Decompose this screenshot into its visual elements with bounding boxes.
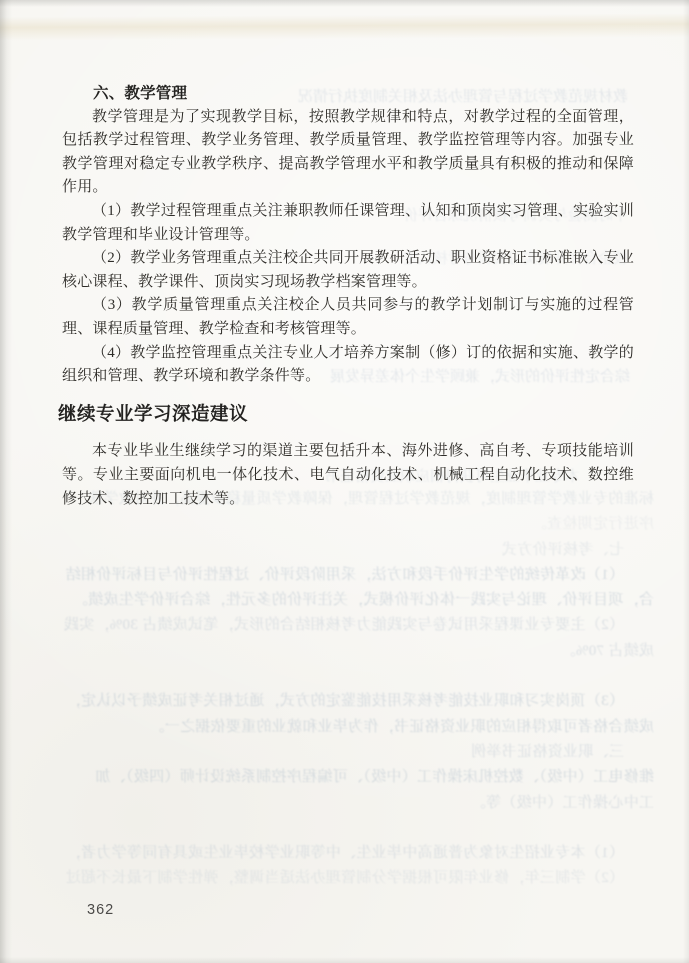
page-left-edge-shadow — [0, 0, 12, 963]
bleed-through-line: （1）本专业招生对象为普通高中毕业生、中等职业学校毕业生或具有同等学力者， — [34, 841, 654, 866]
bleed-through-line: 三、职业资格证书举例 — [34, 740, 654, 765]
bleed-through-line: （1）改革传统的学生评价手段和方法，采用阶段评价、过程性评价与目标评价相结 — [34, 563, 654, 588]
paragraph-teaching-management-intro: 教学管理是为了实现教学目标，按照教学规律和特点，对教学过程的全面管理，包括教学过… — [62, 106, 634, 200]
page-number: 362 — [87, 902, 114, 918]
bleed-through-line: 维修电工（中级）、数控机床操作工（中级）、可编程序控制系统设计师（四级）、加 — [34, 765, 654, 790]
bleed-through-block: 标准的专业教学管理制度，规范教学过程管理，保障教学质量稳步提高，并对教学秩 序进… — [34, 487, 654, 892]
bleed-through-line: 工中心操作工（中级）等。 — [34, 791, 654, 816]
bleed-through-line: （2）学制三年，修业年限可根据学分制管理办法适当调整，弹性学制下最长不超过 — [34, 866, 654, 891]
bleed-through-line — [34, 816, 654, 841]
section-title-continuing-study: 继续专业学习深造建议 — [58, 403, 634, 428]
heading-teaching-management: 六、教学管理 — [62, 82, 634, 106]
page-content: 六、教学管理 教学管理是为了实现教学目标，按照教学规律和特点，对教学过程的全面管… — [62, 82, 634, 511]
list-item-2: （2）教学业务管理重点关注校企共同开展教研活动、职业资格证书标准嵌入专业核心课程… — [62, 247, 634, 294]
bleed-through-line: 序进行定期检查。 — [34, 512, 654, 537]
bleed-through-line — [34, 664, 654, 689]
page-top-edge-shadow — [0, 0, 689, 7]
scan-crease — [0, 13, 689, 41]
page-right-edge-shadow — [683, 0, 689, 963]
bleed-through-line: 合，项目评价、理论与实践一体化评价模式，关注评价的多元性，综合评价学生成绩。 — [34, 588, 654, 613]
bleed-through-line: 七、考核评价方式 — [34, 538, 654, 563]
list-item-1: （1）教学过程管理重点关注兼职教师任课管理、认知和顶岗实习管理、实验实训教学管理… — [62, 200, 634, 247]
bleed-through-line: 成绩合格者可取得相应的职业资格证书，作为毕业和就业的重要依据之一。 — [34, 715, 654, 740]
list-item-4: （4）教学监控管理重点关注专业人才培养方案制（修）订的依据和实施、教学的组织和管… — [62, 342, 634, 389]
list-item-3: （3）教学质量管理重点关注校企人员共同参与的教学计划制订与实施的过程管理、课程质… — [62, 294, 634, 341]
bleed-through-line: （2）主要专业课程采用试卷与实践能力考核相结合的形式，笔试成绩占 30%，实践 — [34, 613, 654, 638]
bleed-through-line: （3）顶岗实习和职业技能考核采用技能鉴定的方式，通过相关考证成绩予以认定， — [34, 689, 654, 714]
bleed-through-line: 成绩占 70%。 — [34, 639, 654, 664]
paragraph-continuing-study: 本专业毕业生继续学习的渠道主要包括升本、海外进修、高自考、专项技能培训等。专业主… — [62, 439, 634, 512]
page-bottom-edge-shadow — [0, 957, 689, 963]
